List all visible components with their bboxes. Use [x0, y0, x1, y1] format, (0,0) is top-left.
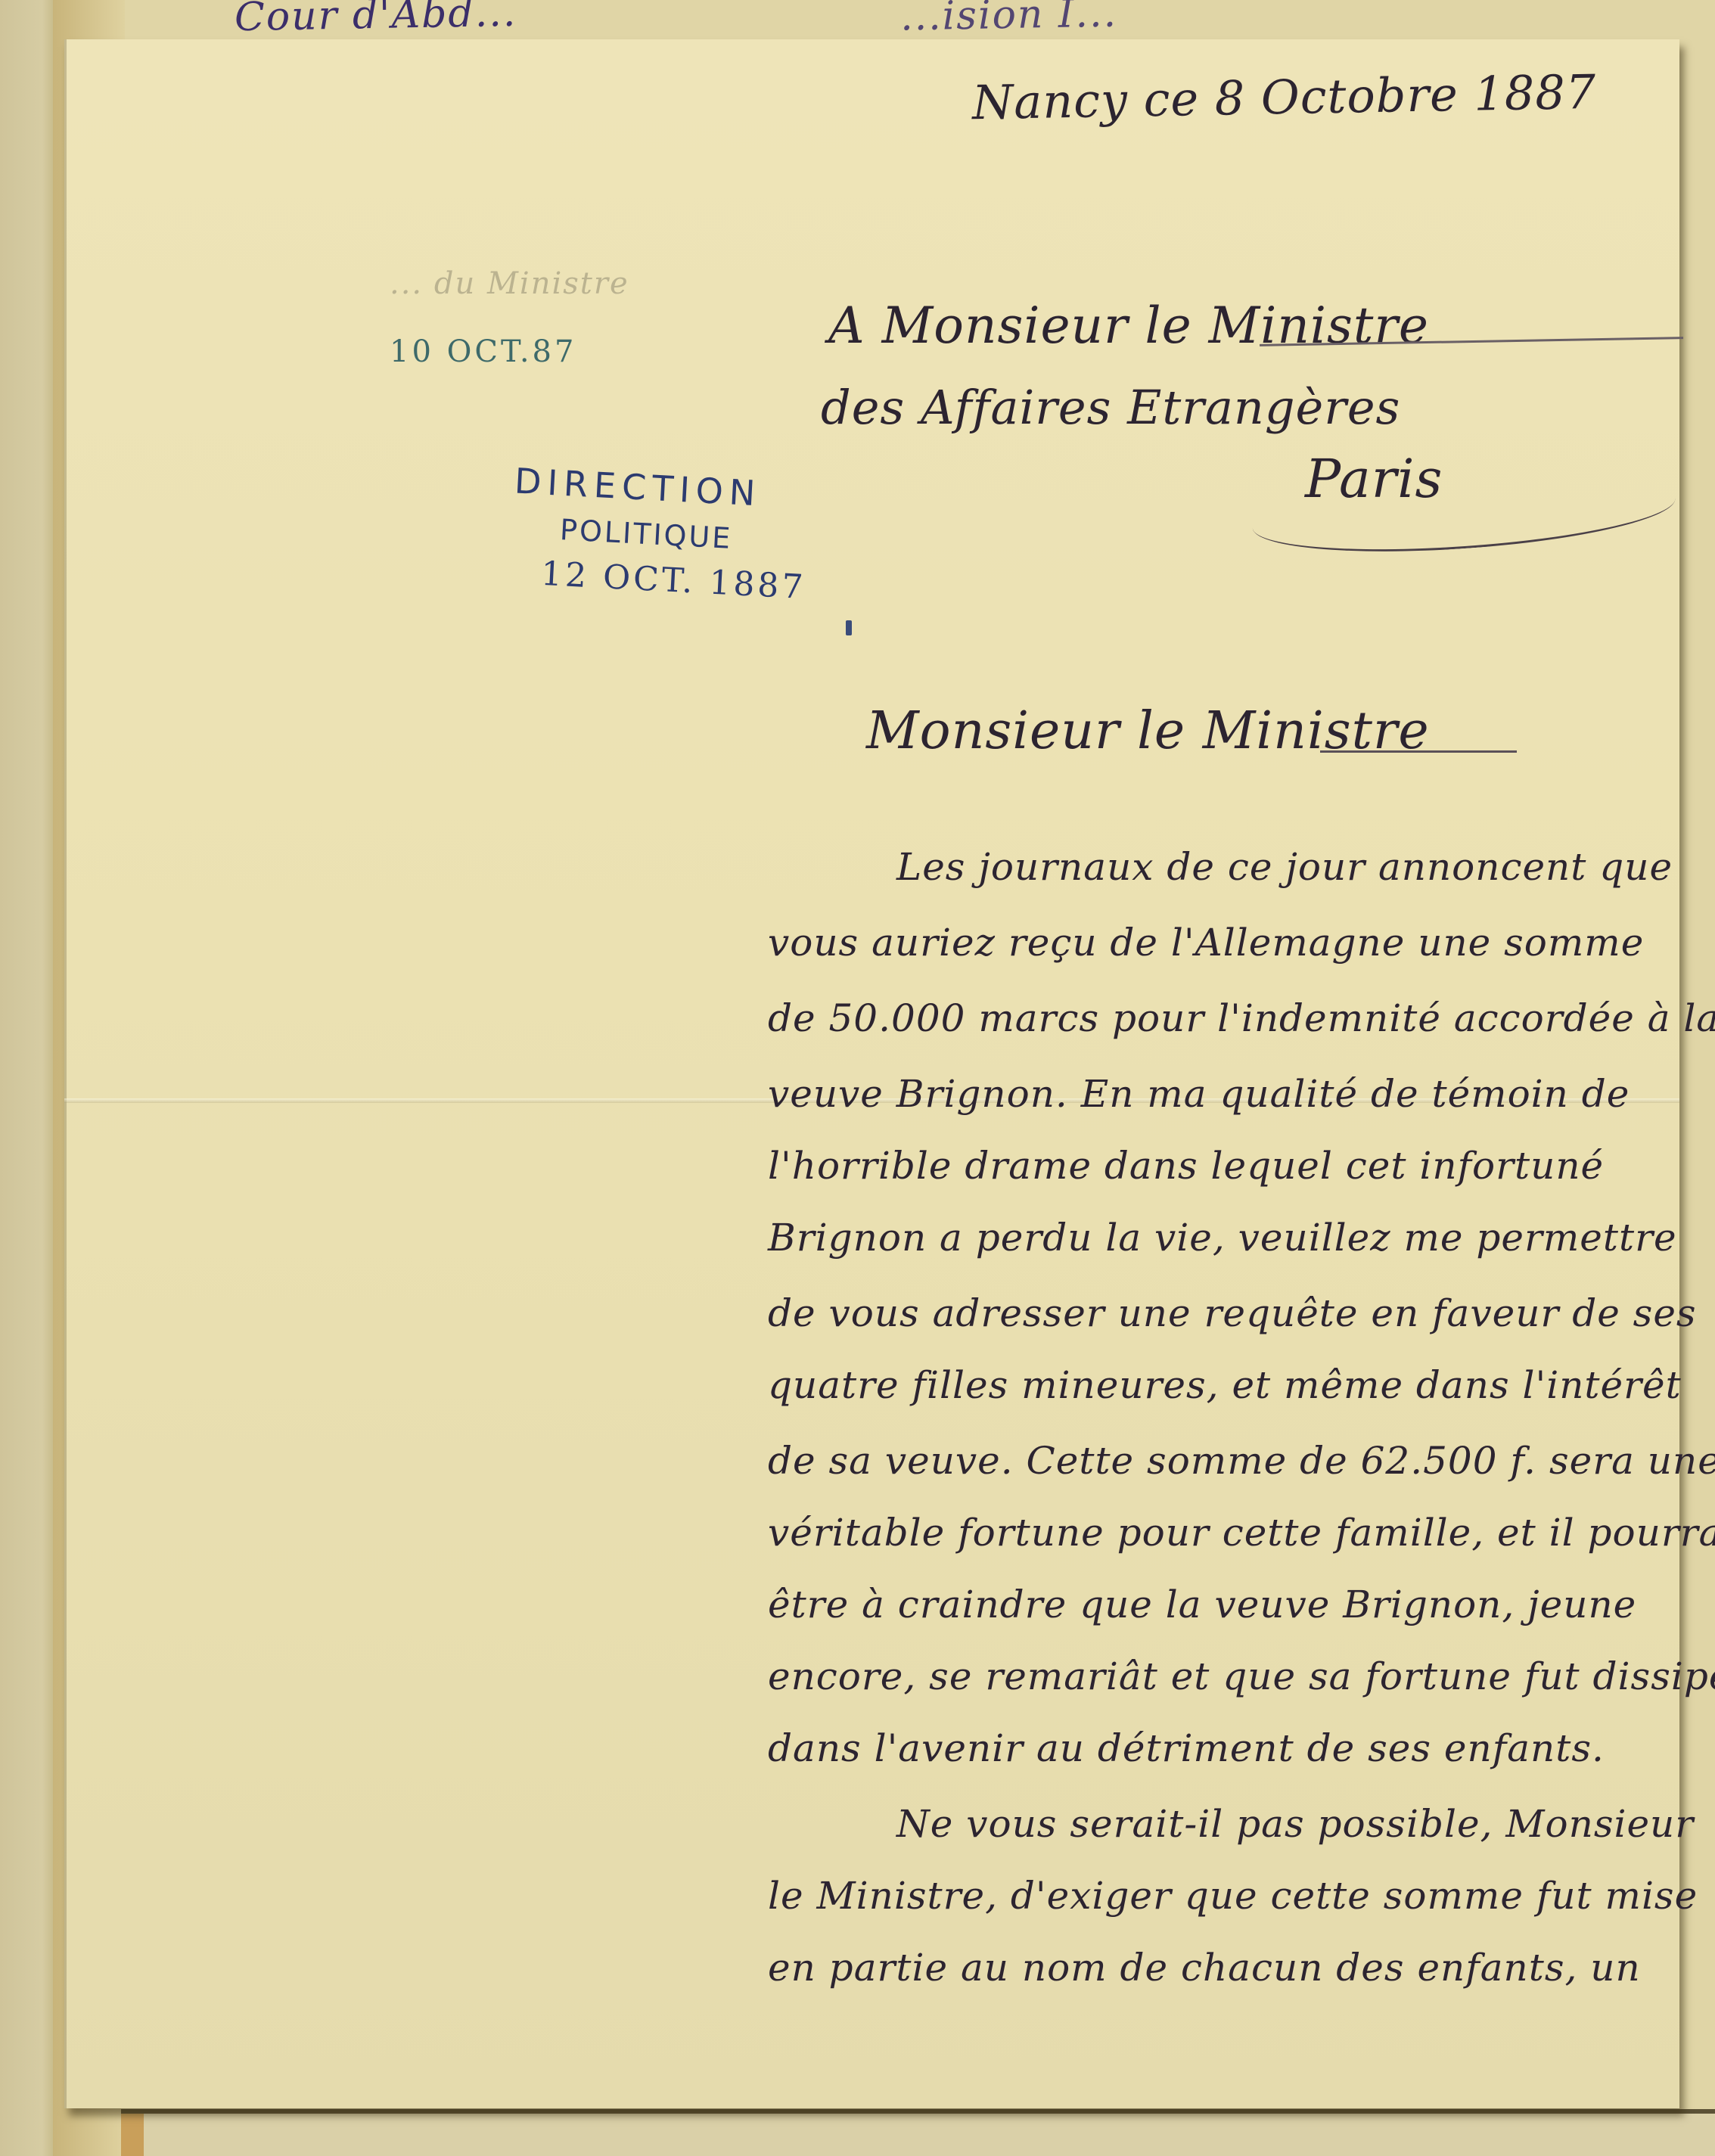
body-line: vous auriez reçu de l'Allemagne une somm… [768, 921, 1644, 965]
received-date-stamp: 10 OCT.87 [390, 334, 576, 369]
lower-page-edge [121, 2109, 1715, 2156]
underlying-page-text-right: ...ision I... [899, 0, 1117, 39]
body-line: encore, se remariât et que sa fortune fu… [768, 1654, 1715, 1698]
underlying-page-text-left: Cour d'Abd... [235, 0, 517, 40]
background-surface [0, 0, 61, 2156]
body-line: le Ministre, d'exiger que cette somme fu… [768, 1874, 1698, 1918]
direction-stamp-date: 12 OCT. 1887 [540, 555, 807, 607]
body-line: dans l'avenir au détriment de ses enfant… [768, 1726, 1605, 1770]
body-line: de sa veuve. Cette somme de 62.500 f. se… [768, 1439, 1715, 1483]
body-line: en partie au nom de chacun des enfants, … [768, 1946, 1641, 1990]
body-line: de vous adresser une requête en faveur d… [768, 1291, 1697, 1335]
place-and-date: Nancy ce 8 Octobre 1887 [971, 64, 1596, 130]
body-line: Ne vous serait-il pas possible, Monsieur [896, 1802, 1694, 1846]
salutation-flourish [1320, 750, 1517, 753]
addressee-line-1: A Monsieur le Ministre [828, 297, 1429, 355]
body-line: de 50.000 marcs pour l'indemnité accordé… [768, 996, 1715, 1040]
direction-stamp-subtitle: POLITIQUE [559, 513, 733, 555]
body-line: véritable fortune pour cette famille, et… [768, 1511, 1715, 1555]
body-line: veuve Brignon. En ma qualité de témoin d… [768, 1072, 1630, 1116]
faint-stamp: ... du Ministre [390, 266, 629, 301]
body-line: l'horrible drame dans lequel cet infortu… [768, 1144, 1604, 1188]
body-line: Brignon a perdu la vie, veuillez me perm… [768, 1216, 1677, 1260]
addressee-line-2: des Affaires Etrangères [821, 380, 1400, 435]
body-line: être à craindre que la veuve Brignon, je… [768, 1583, 1636, 1626]
direction-stamp-title: DIRECTION [514, 460, 763, 514]
page-tab [121, 2114, 144, 2156]
sheet-edge-shadow [64, 39, 67, 2108]
letter-sheet: Nancy ce 8 Octobre 1887 ... du Ministre … [64, 39, 1679, 2108]
ink-mark [846, 620, 852, 635]
body-line: Les journaux de ce jour annoncent que [896, 845, 1673, 889]
body-line: quatre filles mineures, et même dans l'i… [768, 1363, 1682, 1407]
